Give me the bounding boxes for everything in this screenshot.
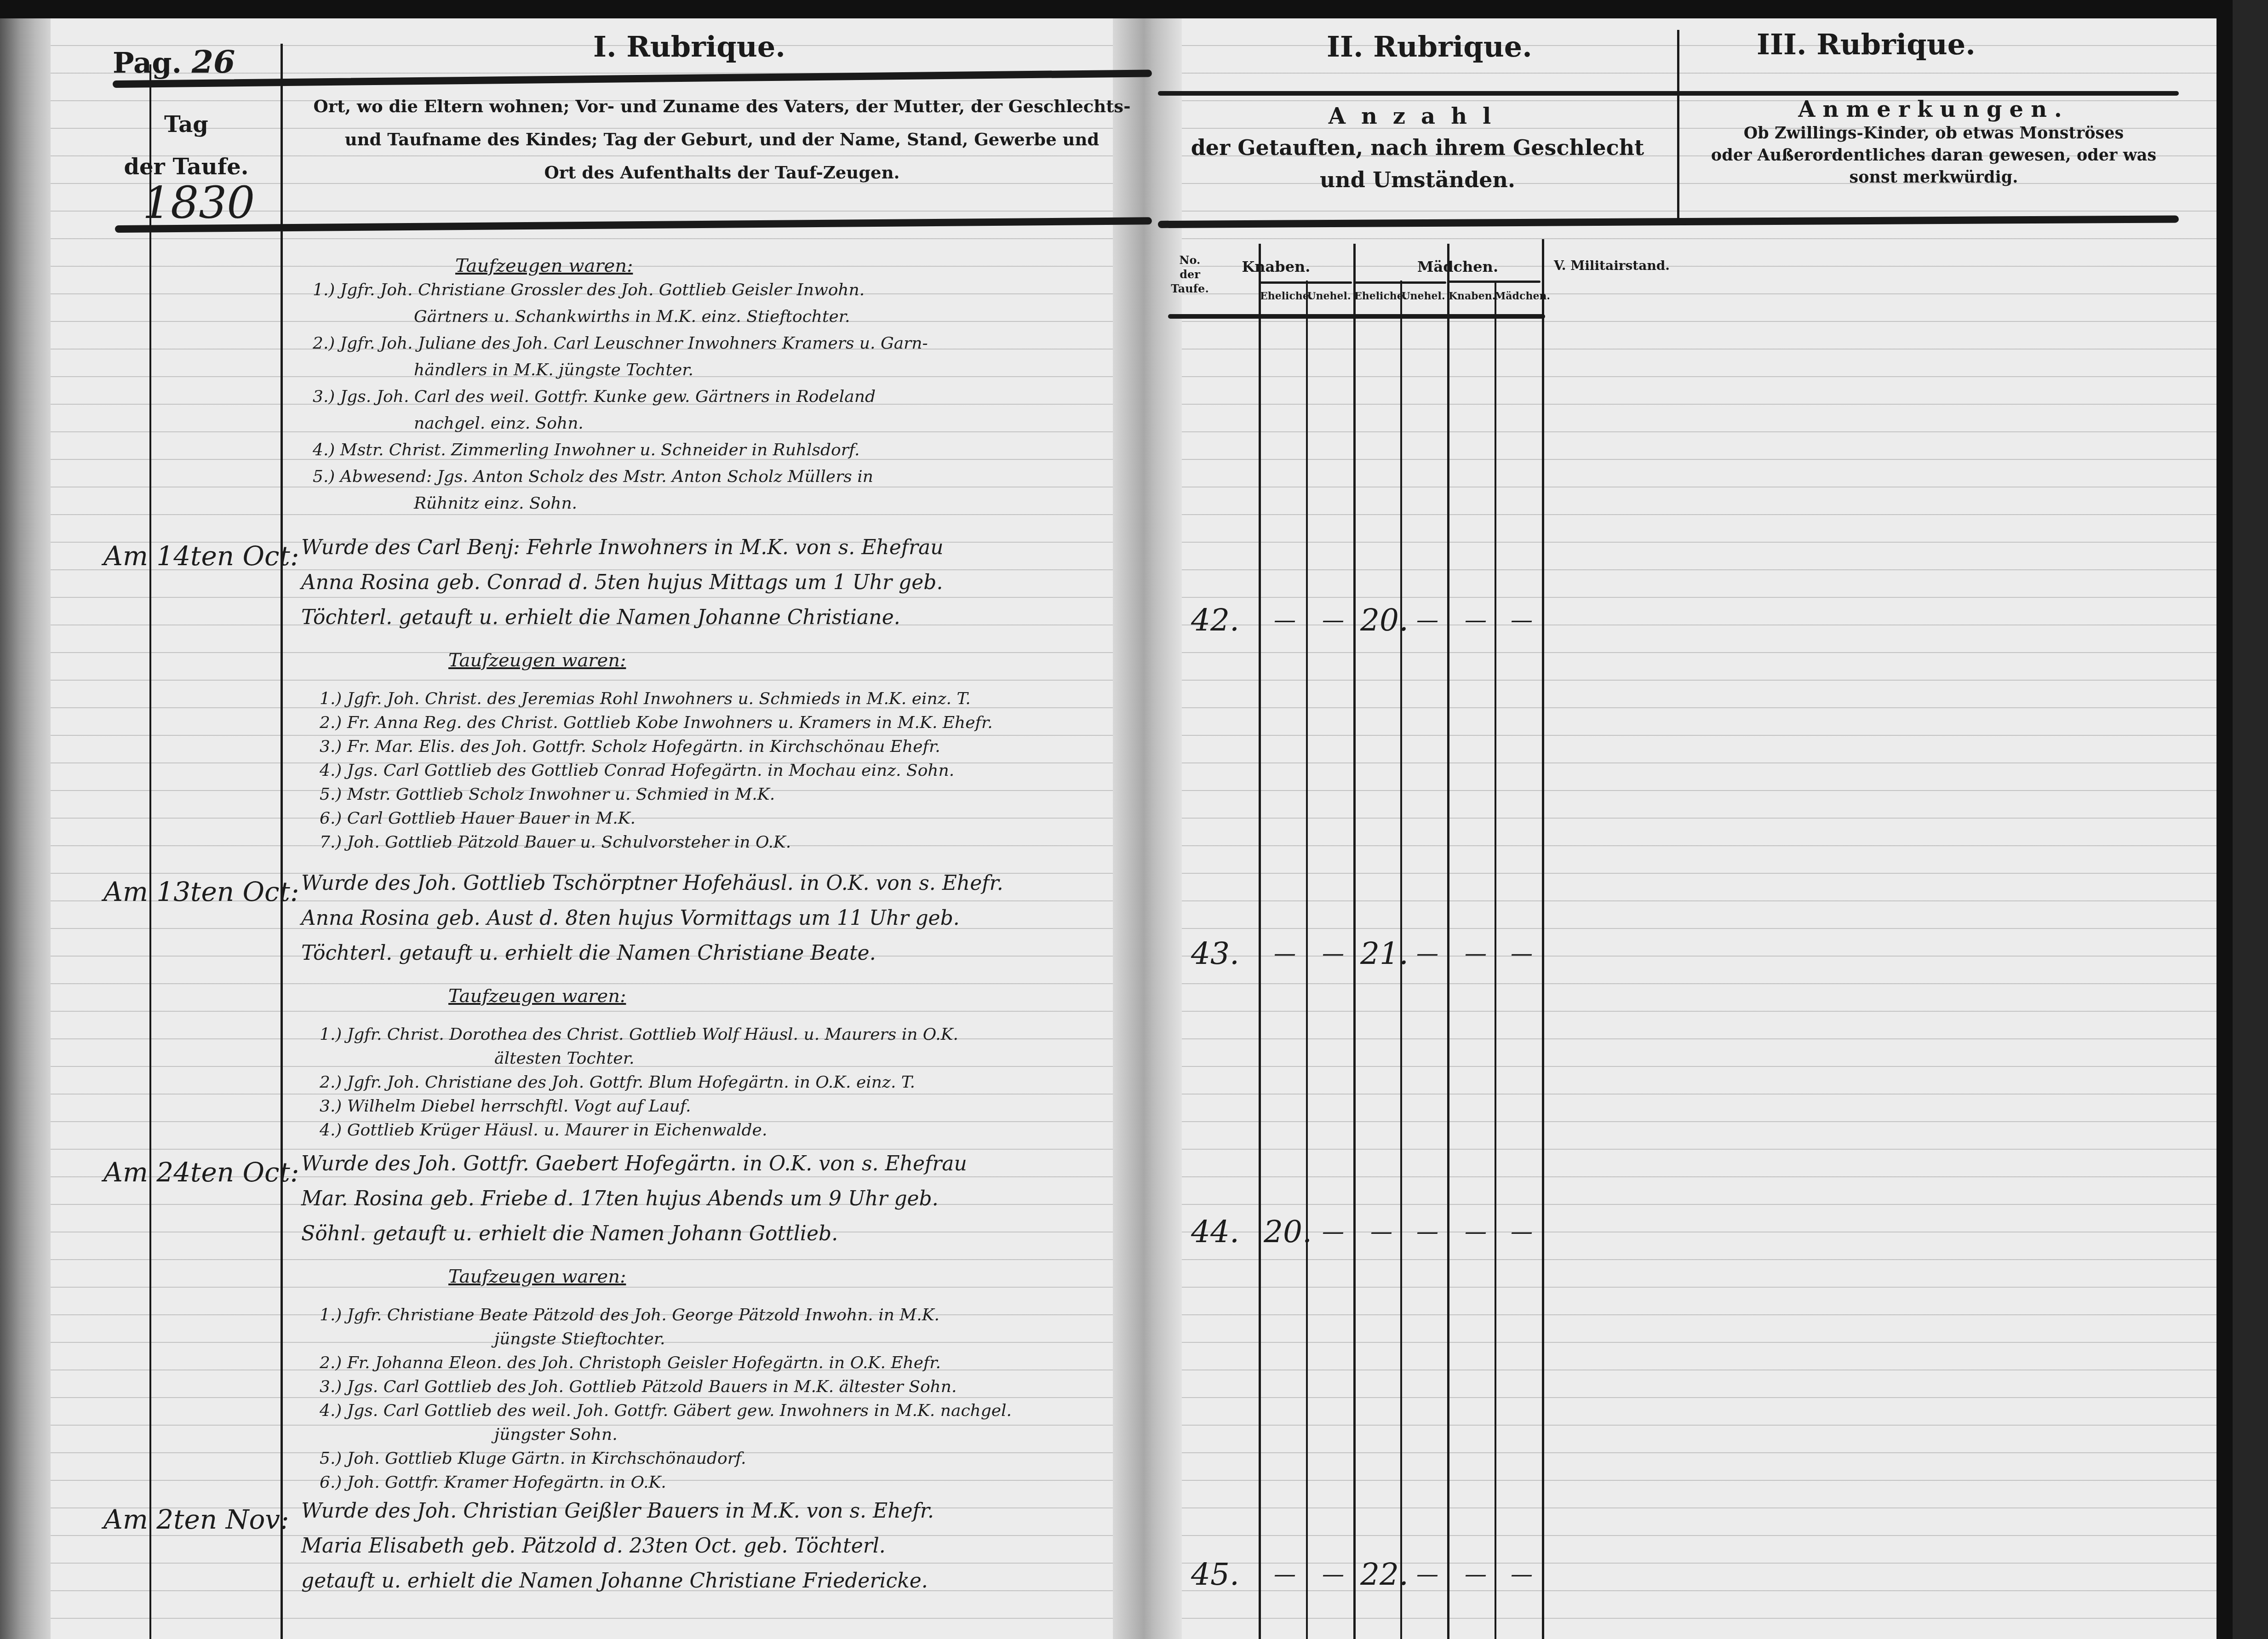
anzahl-heading: Anzahl [1159,103,1676,129]
sponsor-heading: Taufzeugen waren: [448,986,1143,1007]
col-rule-6 [1495,281,1496,1639]
entry-date: Am 13ten Oct: [103,876,299,907]
entry-text-line: Maria Elisabeth geb. Pätzold d. 23ten Oc… [301,1534,1143,1569]
sponsor-line: 2.) Jgfr. Joh. Christiane des Joh. Gottf… [320,1073,1143,1097]
entry-number: 43. [1191,936,1239,971]
rubrique-3-desc-line-1: Ob Zwillings-Kinder, ob etwas Monströses [1683,122,2184,144]
count-cell: 22. [1360,1557,1409,1592]
count-cell: — [1274,607,1296,633]
entry-number: 44. [1191,1214,1239,1249]
entry-text-line: getauft u. erhielt die Namen Johanne Chr… [301,1569,1143,1604]
count-cell: — [1511,607,1533,633]
count-cell: — [1416,607,1438,633]
entry-number: 45. [1191,1557,1239,1592]
margin-rule-left [149,64,151,1639]
sponsor-line: Gärtners u. Schankwirths in M.K. einz. S… [414,307,1140,334]
col-rule-3 [1353,244,1356,1639]
rubrique-3-header: Anmerkungen. Ob Zwillings-Kinder, ob etw… [1683,97,2184,189]
count-cell: — [1322,940,1344,966]
rubrique-1-desc-line-3: Ort des Aufenthalts der Tauf-Zeugen. [294,156,1150,189]
entry-body: Wurde des Carl Benj: Fehrle Inwohners in… [301,536,1143,857]
sponsor-line: 7.) Joh. Gottlieb Pätzold Bauer u. Schul… [320,833,1143,857]
rubrique-1-description: Ort, wo die Eltern wohnen; Vor- und Zuna… [294,90,1150,189]
sponsor-line: 6.) Joh. Gottfr. Kramer Hofegärtn. in O.… [320,1473,1143,1497]
count-cell: — [1465,1561,1487,1587]
sponsor-line: 1.) Jgfr. Christ. Dorothea des Christ. G… [320,1025,1143,1049]
rubrique-2-desc-line-2: und Umständen. [1159,166,1676,194]
count-cell: — [1511,1561,1533,1587]
sponsor-line: 5.) Mstr. Gottlieb Scholz Inwohner u. Sc… [320,785,1143,809]
continuation-sponsor-list: 1.) Jgfr. Joh. Christiane Grossler des J… [313,281,1140,521]
sponsor-line: händlers in M.K. jüngste Tochter. [414,361,1140,387]
entry-text-line: Anna Rosina geb. Conrad d. 5ten hujus Mi… [301,571,1143,606]
col-rule-5 [1447,244,1449,1639]
col-rule-7 [1542,239,1544,1639]
count-cell: — [1274,940,1296,966]
rubrique-2-title: II. Rubrique. [1327,30,1532,63]
sponsor-line: 2.) Fr. Johanna Eleon. des Joh. Christop… [320,1353,1143,1377]
sponsor-line: 3.) Fr. Mar. Elis. des Joh. Gottfr. Scho… [320,737,1143,761]
sponsor-line: 1.) Jgfr. Joh. Christiane Grossler des J… [313,281,1140,307]
sponsor-line: 1.) Jgfr. Joh. Christ. des Jeremias Rohl… [320,689,1143,713]
count-cell: — [1511,1219,1533,1244]
rubrique-1-desc-line-2: und Taufname des Kindes; Tag der Geburt,… [294,123,1150,156]
col-sub-militair-knaben: Knaben. [1449,290,1495,303]
anmerkungen-heading: Anmerkungen. [1683,97,2184,122]
sponsor-line: 4.) Jgs. Carl Gottlieb des Gottlieb Conr… [320,761,1143,785]
sponsor-line: 4.) Gottlieb Krüger Häusl. u. Maurer in … [320,1121,1143,1145]
sponsor-line: 3.) Wilhelm Diebel herrschftl. Vogt auf … [320,1097,1143,1121]
count-cell: 20. [1264,1214,1312,1249]
rubrique-2-3-divider [1677,30,1679,223]
sponsor-line: 5.) Joh. Gottlieb Kluge Gärtn. in Kirchs… [320,1449,1143,1473]
tag-der-taufe-line-1: Tag [120,103,253,146]
count-cell: — [1322,1561,1344,1587]
date-column-divider [281,44,283,1639]
page-number: 26 [192,44,235,80]
col-sub-knaben-unehel: Unehel. [1306,290,1352,303]
count-cell: — [1274,1561,1296,1587]
sponsor-heading: Taufzeugen waren: [448,650,1143,671]
entry-text-line: Wurde des Joh. Gottfr. Gaebert Hofegärtn… [301,1152,1143,1187]
count-cell: — [1370,1219,1392,1244]
sponsor-line: nachgel. einz. Sohn. [414,414,1140,441]
sponsor-line: 1.) Jgfr. Christiane Beate Pätzold des J… [320,1306,1143,1330]
col-rule-1 [1259,244,1261,1639]
rubrique-3-title: III. Rubrique. [1757,28,1976,61]
sponsor-line: 6.) Carl Gottlieb Hauer Bauer in M.K. [320,809,1143,833]
rubrique-1-desc-line-1: Ort, wo die Eltern wohnen; Vor- und Zuna… [294,90,1150,123]
entry-text-line: Wurde des Carl Benj: Fehrle Inwohners in… [301,536,1143,571]
count-cell: — [1465,607,1487,633]
rubrique-3-desc-line-3: sonst merkwürdig. [1683,166,2184,189]
entry-date: Am 2ten Nov: [103,1504,289,1535]
col-header-knaben: Knaben. [1214,258,1338,277]
entry-body: Wurde des Joh. Christian Geißler Bauers … [301,1499,1143,1604]
entry-text-line: Wurde des Joh. Gottlieb Tschörptner Hofe… [301,871,1143,906]
count-cell: — [1322,1219,1344,1244]
continuation-sponsor-heading: Taufzeugen waren: [455,255,1140,281]
sponsor-line: jüngster Sohn. [494,1425,1143,1449]
entry-text-line: Anna Rosina geb. Aust d. 8ten hujus Vorm… [301,906,1143,941]
sponsor-line: 3.) Jgs. Joh. Carl des weil. Gottfr. Kun… [313,387,1140,414]
sponsor-line: 5.) Abwesend: Jgs. Anton Scholz des Mstr… [313,467,1140,494]
col-sub-knaben-ehelich: Eheliche. [1260,290,1306,303]
count-cell: — [1416,1561,1438,1587]
sponsor-line: ältesten Tochter. [494,1049,1143,1073]
entry-date: Am 14ten Oct: [103,540,299,572]
sponsor-line: 2.) Fr. Anna Reg. des Christ. Gottlieb K… [320,713,1143,737]
entry-body: Wurde des Joh. Gottfr. Gaebert Hofegärtn… [301,1152,1143,1497]
sponsor-line: 4.) Mstr. Christ. Zimmerling Inwohner u.… [313,441,1140,467]
entry-text-line: Mar. Rosina geb. Friebe d. 17ten hujus A… [301,1187,1143,1222]
sponsor-line: 3.) Jgs. Carl Gottlieb des Joh. Gottlieb… [320,1377,1143,1401]
scan-right-border [2233,0,2268,1639]
sponsor-line: Rühnitz einz. Sohn. [414,494,1140,521]
col-header-maedchen: Mädchen. [1400,258,1515,277]
continuation-block: Taufzeugen waren: 1.) Jgfr. Joh. Christi… [313,255,1140,521]
sponsor-heading: Taufzeugen waren: [448,1266,1143,1287]
entry-text-line: Töchterl. getauft u. erhielt die Namen C… [301,941,1143,976]
count-cell: 21. [1360,936,1409,971]
sponsor-line: 4.) Jgs. Carl Gottlieb des weil. Joh. Go… [320,1401,1143,1425]
entry-text-line: Töchterl. getauft u. erhielt die Namen J… [301,606,1143,641]
count-cell: — [1416,940,1438,966]
rubrique-1-title: I. Rubrique. [593,30,785,63]
count-cell: — [1322,607,1344,633]
count-cell: — [1465,1219,1487,1244]
sponsor-line: 2.) Jgfr. Joh. Juliane des Joh. Carl Leu… [313,334,1140,361]
right-header-rule-top [1158,91,2179,96]
page-label-text: Pag. [113,46,182,80]
count-cell: — [1465,940,1487,966]
col-header-militairstand: V. Militairstand. [1543,258,1681,274]
rubrique-3-desc-line-2: oder Außerordentliches daran gewesen, od… [1683,144,2184,166]
left-binding-edge [0,18,51,1639]
tag-der-taufe-header: Tag der Taufe. [120,103,253,188]
col-sub-maedchen-unehel: Unehel. [1400,290,1446,303]
count-cell: 20. [1360,602,1409,638]
entry-text-line: Wurde des Joh. Christian Geißler Bauers … [301,1499,1143,1534]
year: 1830 [143,177,255,229]
entry-date: Am 24ten Oct: [103,1157,299,1188]
col-header-rule [1168,314,1545,319]
entry-body: Wurde des Joh. Gottlieb Tschörptner Hofe… [301,871,1143,1145]
col-sub-militair-maedchen: Mädchen. [1495,290,1541,303]
col-sub-maedchen-ehelich: Eheliche. [1354,290,1400,303]
page-label: Pag. 26 [113,44,235,80]
col-rule-2 [1306,281,1308,1639]
count-cell: — [1416,1219,1438,1244]
rubrique-2-desc-line-1: der Getauften, nach ihrem Geschlecht [1159,129,1676,166]
sponsor-line: jüngste Stieftochter. [494,1330,1143,1353]
entry-number: 42. [1191,602,1239,638]
scan-top-border [0,0,2268,18]
count-cell: — [1511,940,1533,966]
entry-text-line: Söhnl. getauft u. erhielt die Namen Joha… [301,1222,1143,1257]
col-header-no: No. der Taufe. [1168,253,1212,296]
rubrique-2-header: Anzahl der Getauften, nach ihrem Geschle… [1159,103,1676,194]
